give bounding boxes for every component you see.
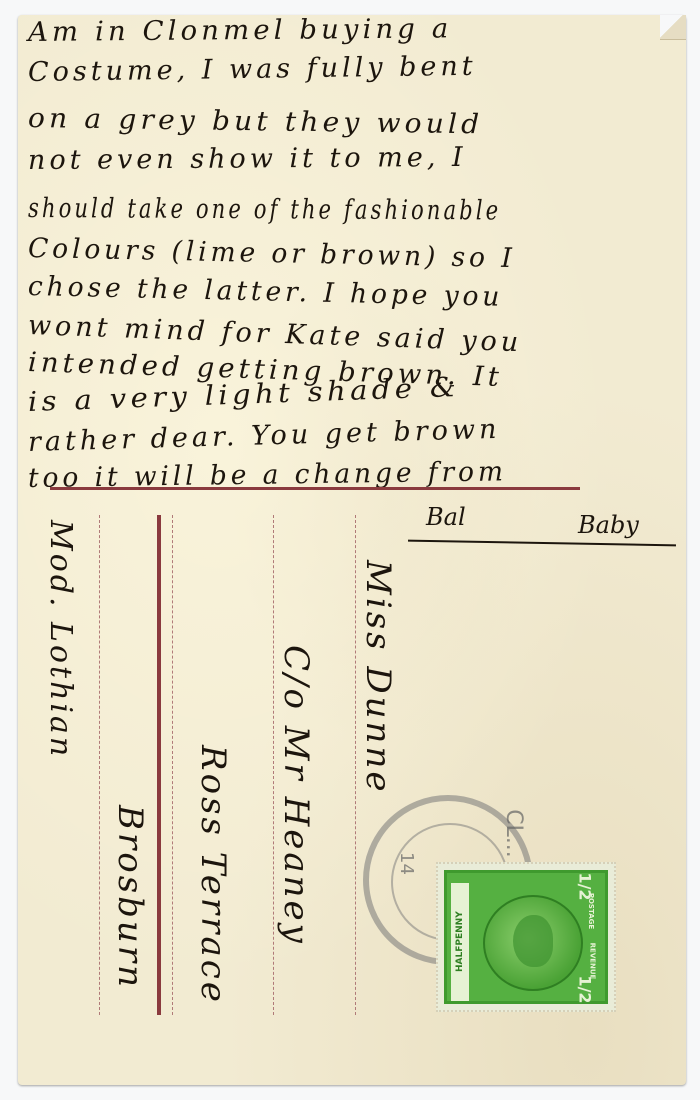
message-line: chose the latter. I hope you: [28, 271, 504, 313]
stamp-denomination-text: HALFPENNY: [451, 883, 469, 1001]
king-head-icon: [513, 915, 553, 967]
message-line: should take one of the fashionable: [28, 193, 501, 226]
address-guide-line: [172, 515, 173, 1015]
message-line: rather dear. You get brown: [28, 414, 501, 458]
postage-stamp: HALFPENNY 1/2 POSTAGE REVENUE 1/2: [436, 862, 616, 1012]
address-line-care-of: C/o Mr Heaney: [276, 645, 316, 946]
message-line: Am in Clonmel buying a: [28, 13, 453, 48]
signature-underline: [408, 540, 676, 547]
center-divider-line: [157, 515, 161, 1015]
postmark-date: 14: [396, 852, 417, 875]
stamp-postage-label: POSTAGE: [587, 893, 595, 929]
message-divider-line: [50, 487, 580, 490]
postcard: Am in Clonmel buying a Costume, I was fu…: [18, 15, 686, 1085]
address-guide-line: [99, 515, 100, 1015]
address-line-town: Brosburn: [110, 805, 150, 990]
signature-second: Baby: [578, 511, 639, 539]
side-note: Mod. Lothian: [43, 520, 78, 759]
signature-first: Bal: [426, 503, 466, 531]
stamp-value-bottom: 1/2: [575, 975, 594, 1003]
postmark-town: CL...: [501, 809, 526, 858]
stamp-revenue-label: REVENUE: [589, 943, 597, 980]
folded-corner: [660, 15, 686, 40]
king-portrait-icon: [483, 895, 583, 991]
message-line: Colours (lime or brown) so I: [28, 233, 516, 274]
address-guide-line: [273, 515, 274, 1015]
address-guide-line: [355, 515, 356, 1015]
message-line: not even show it to me, I: [28, 142, 467, 176]
stamp-face: HALFPENNY 1/2 POSTAGE REVENUE 1/2: [444, 870, 608, 1004]
address-line-name: Miss Dunne: [358, 560, 398, 794]
message-line: on a grey but they would: [28, 103, 484, 140]
message-line: Costume, I was fully bent: [28, 51, 477, 88]
address-line-street: Ross Terrace: [193, 745, 233, 1005]
